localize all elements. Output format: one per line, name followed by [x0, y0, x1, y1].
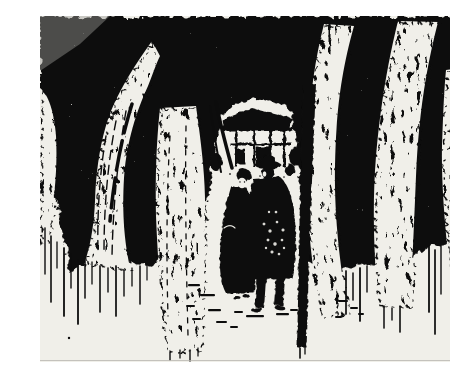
- trunk-center-left: [156, 106, 205, 351]
- woodcut-illustration: [40, 16, 450, 362]
- trunk-bark-texture: [156, 106, 205, 351]
- woman-foot: [233, 296, 241, 300]
- woman-eye: [244, 181, 245, 182]
- shrub-blob: [285, 164, 295, 176]
- man-robe: [246, 177, 296, 280]
- scan-edge-line: [40, 360, 450, 361]
- house-eaves: [223, 128, 293, 131]
- woman-eye: [239, 181, 240, 182]
- woman-face: [237, 178, 246, 188]
- house-beam: [230, 143, 292, 146]
- woman-foot: [243, 294, 250, 298]
- artwork-canvas: [40, 16, 450, 362]
- house-window: [237, 149, 245, 164]
- man-face-highlight: [263, 171, 267, 176]
- stray-ink-dot: [68, 337, 70, 339]
